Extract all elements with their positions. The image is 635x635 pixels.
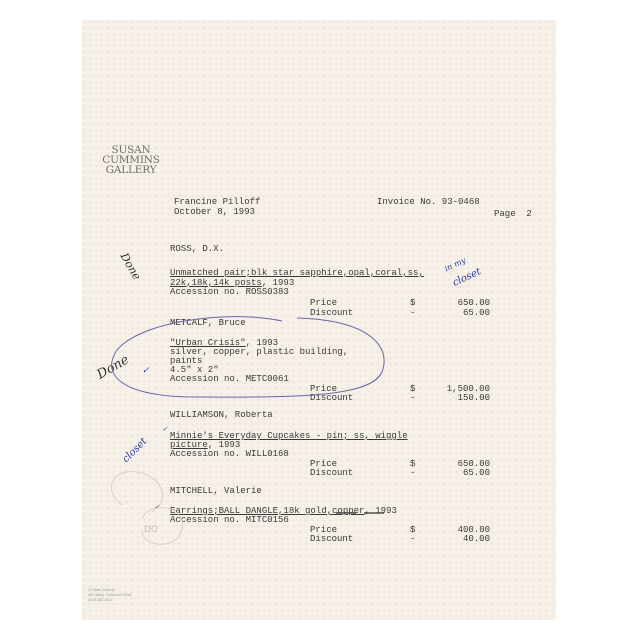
invoice-page: SUSAN CUMMINS GALLERY Francine Pilloff O… [82, 20, 556, 620]
gallery-address: 12 Miller Avenue Mill Valley, California… [88, 588, 132, 603]
pen-ellipse-mark [82, 20, 556, 620]
address-line: (415) 383 1512 [88, 598, 132, 603]
